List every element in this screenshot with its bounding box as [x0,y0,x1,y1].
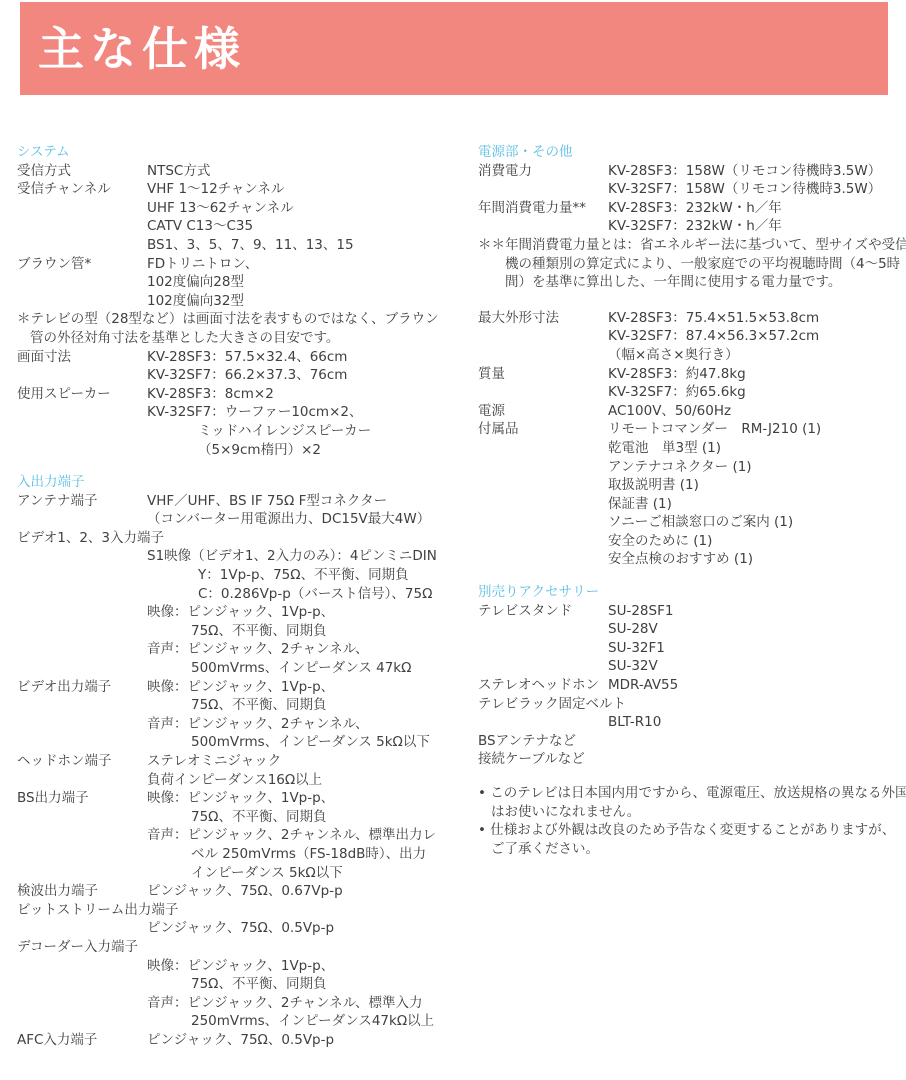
section-heading-power-other: 電源部・その他 [478,143,906,162]
spec-label: ビデオ1、2、3入力端子 [17,529,465,548]
spacer [478,769,906,784]
spec-row: 受信方式NTSC方式 [17,162,465,181]
spec-line: （幅×高さ×奥行き） [478,346,906,365]
spec-row: ヘッドホン端子ステレオミニジャック負荷インピーダンス16Ω以上 [17,752,465,789]
spec-line: BSアンテナなど [478,732,906,751]
spec-line: C：0.286Vp-p（バースト信号）、75Ω [17,585,465,604]
spec-line: （コンバーター用電源出力、DC15V最大4W） [17,510,465,529]
spec-line: BS1、3、5、7、9、11、13、15 [17,236,465,255]
spec-line: KV-32SF7：232kW・h／年 [478,217,906,236]
spec-row: • このテレビは日本国内用ですから、電源電圧、放送規格の異なる外国ではお使いにな… [478,784,906,858]
spec-row: ＊＊年間消費電力量とは：省エネルギー法に基づいて、型サイズや受信機の種類別の算定… [478,236,906,292]
spec-label: ステレオヘッドホン [478,676,599,695]
spec-line: 75Ω、不平衡、同期負 [17,696,465,715]
spec-row: BSアンテナなど [478,732,906,751]
spec-row: 検波出力端子ピンジャック、75Ω、0.67Vp-p [17,882,465,901]
section-heading-optional-accessories: 別売りアクセサリー [478,583,906,602]
spec-label: ビットストリーム出力端子 [17,901,465,920]
spec-line: 映像：ピンジャック、1Vp-p、 [17,603,465,622]
spec-row: 電源AC100V、50/60Hz [478,402,906,421]
spec-label: 受信チャンネル [17,180,111,199]
spec-row: ステレオヘッドホンMDR-AV55 [478,676,906,695]
spec-label: 画面寸法 [17,348,71,367]
spec-line: BLT-R10 [478,713,906,732]
spec-row: ビデオ1、2、3入力端子S1映像（ビデオ1、2入力のみ）：4ピンミニDINY：1… [17,529,465,678]
spec-line: ＊テレビの型（28型など）は画面寸法を表すものではなく、ブラウン [17,310,465,329]
spec-row: 受信チャンネルVHF 1〜12チャンネルUHF 13〜62チャンネルCATV C… [17,180,465,254]
spec-line: 音声：ピンジャック、2チャンネル、標準出力レ [17,826,465,845]
spec-line: 音声：ピンジャック、2チャンネル、 [17,640,465,659]
spec-line: 乾電池 単3型 (1) [478,439,906,458]
spec-line: アンテナコネクター (1) [478,458,906,477]
spec-label: デコーダー入力端子 [17,938,465,957]
spec-line: ご了承ください。 [478,840,906,859]
spec-row: 画面寸法KV-28SF3：57.5×32.4、66cmKV-32SF7：66.2… [17,348,465,385]
spec-label: 検波出力端子 [17,882,98,901]
spec-line: （5×9cm楕円）×2 [17,441,465,460]
spec-line: ＊＊年間消費電力量とは：省エネルギー法に基づいて、型サイズや受信 [478,236,906,255]
spec-line: KV-32SF7：ウーファー10cm×2、 [17,403,465,422]
spec-line: KV-32SF7：158W（リモコン待機時3.5W） [478,180,906,199]
spec-line: SU-32V [478,657,906,676]
spec-label: 質量 [478,365,505,384]
spec-line: UHF 13〜62チャンネル [17,199,465,218]
spec-label: ブラウン管* [17,255,91,274]
spec-line: CATV C13〜C35 [17,217,465,236]
spec-label: ヘッドホン端子 [17,752,112,771]
spec-row: ＊テレビの型（28型など）は画面寸法を表すものではなく、ブラウン管の外径対角寸法… [17,310,465,347]
spec-row: BS出力端子映像：ピンジャック、1Vp-p、75Ω、不平衡、同期負音声：ピンジャ… [17,789,465,882]
spec-line: 機の種類別の算定式により、一般家庭での平均視聴時間（4〜5時 [478,255,906,274]
spec-line: 75Ω、不平衡、同期負 [17,622,465,641]
spec-row: 使用スピーカーKV-28SF3：8cm×2KV-32SF7：ウーファー10cm×… [17,385,465,459]
spacer [478,292,906,309]
spec-line: KV-32SF7：約65.6kg [478,383,906,402]
spec-line: 負荷インピーダンス16Ω以上 [17,771,465,790]
spec-row: AFC入力端子ピンジャック、75Ω、0.5Vp-p [17,1031,465,1050]
section-heading-system: システム [17,143,465,162]
spec-label: 電源 [478,402,505,421]
spec-row: ビットストリーム出力端子ピンジャック、75Ω、0.5Vp-p [17,901,465,938]
spec-line: 音声：ピンジャック、2チャンネル、標準入力 [17,994,465,1013]
spec-label: アンテナ端子 [17,492,97,511]
spec-row: 年間消費電力量**KV-28SF3：232kW・h／年KV-32SF7：232k… [478,199,906,236]
spec-row: 接続ケーブルなど [478,750,906,769]
spec-label: AFC入力端子 [17,1031,97,1050]
spec-line: 接続ケーブルなど [478,750,906,769]
spec-row: ビデオ出力端子映像：ピンジャック、1Vp-p、75Ω、不平衡、同期負音声：ピンジ… [17,678,465,752]
right-column: 電源部・その他消費電力KV-28SF3：158W（リモコン待機時3.5W）KV-… [478,143,906,858]
spec-label: 年間消費電力量** [478,199,586,218]
spec-row: 付属品リモートコマンダー RM-J210 (1)乾電池 単3型 (1)アンテナコ… [478,420,906,569]
spec-line: 音声：ピンジャック、2チャンネル、 [17,715,465,734]
spec-label: 受信方式 [17,162,71,181]
spec-line: ソニーご相談窓口のご案内 (1) [478,513,906,532]
spec-line: 102度偏向28型 [17,273,465,292]
spec-label: BS出力端子 [17,789,89,808]
spec-line: 間）を基準に算出した、一年間に使用する電力量です。 [478,273,906,292]
spec-label: 消費電力 [478,162,532,181]
spec-line: S1映像（ビデオ1、2入力のみ）：4ピンミニDIN [17,547,465,566]
spec-label: テレビスタンド [478,602,572,621]
spec-line: インピーダンス 5kΩ以下 [17,864,465,883]
spec-line: KV-32SF7：87.4×56.3×57.2cm [478,327,906,346]
spec-line: 500mVrms、インピーダンス 47kΩ [17,659,465,678]
spec-line: • このテレビは日本国内用ですから、電源電圧、放送規格の異なる外国で [478,784,906,803]
section-heading-io-terminals: 入出力端子 [17,473,465,492]
spec-row: デコーダー入力端子映像：ピンジャック、1Vp-p、75Ω、不平衡、同期負音声：ピ… [17,938,465,1031]
spec-line: 管の外径対角寸法を基準とした大きさの目安です。 [17,329,465,348]
spec-line: KV-28SF3：57.5×32.4、66cm [17,348,465,367]
spec-row: 消費電力KV-28SF3：158W（リモコン待機時3.5W）KV-32SF7：1… [478,162,906,199]
spec-line: KV-32SF7：66.2×37.3、76cm [17,366,465,385]
spec-row: テレビラック固定ベルトBLT-R10 [478,695,906,732]
spec-row: ブラウン管*FDトリニトロン、102度偏向28型102度偏向32型 [17,255,465,311]
spec-line: NTSC方式 [17,162,465,181]
spec-line: Y：1Vp-p、75Ω、不平衡、同期負 [17,566,465,585]
spec-label: テレビラック固定ベルト [478,695,906,714]
spec-line: 75Ω、不平衡、同期負 [17,975,465,994]
spec-line: • 仕様および外観は改良のため予告なく変更することがありますが、 [478,821,906,840]
page-title: 主な仕様 [20,2,888,72]
spec-line: 75Ω、不平衡、同期負 [17,808,465,827]
spec-line: 安全のために (1) [478,532,906,551]
spec-label: ビデオ出力端子 [17,678,111,697]
spec-label: 付属品 [478,420,519,439]
spec-line: 映像：ピンジャック、1Vp-p、 [17,957,465,976]
spec-line: 250mVrms、インピーダンス47kΩ以上 [17,1012,465,1031]
spec-line: リモートコマンダー RM-J210 (1) [478,420,906,439]
spec-label: 最大外形寸法 [478,309,559,328]
spec-label: 使用スピーカー [17,385,111,404]
spec-line: SU-28V [478,620,906,639]
spec-line: 安全点検のおすすめ (1) [478,550,906,569]
spec-row: 最大外形寸法KV-28SF3：75.4×51.5×53.8cmKV-32SF7：… [478,309,906,365]
spec-line: 102度偏向32型 [17,292,465,311]
spec-row: テレビスタンドSU-28SF1SU-28VSU-32F1SU-32V [478,602,906,676]
spec-row: アンテナ端子VHF／UHF、BS IF 75Ω F型コネクター（コンバーター用電… [17,492,465,529]
spec-row: 質量KV-28SF3：約47.8kgKV-32SF7：約65.6kg [478,365,906,402]
spec-line: ピンジャック、75Ω、0.5Vp-p [17,919,465,938]
spec-line: 取扱説明書 (1) [478,476,906,495]
spec-line: 保証書 (1) [478,495,906,514]
spec-line: 500mVrms、インピーダンス 5kΩ以下 [17,733,465,752]
spec-line: SU-32F1 [478,639,906,658]
spec-line: ミッドハイレンジスピーカー [17,422,465,441]
left-column: システム受信方式NTSC方式受信チャンネルVHF 1〜12チャンネルUHF 13… [17,143,465,1050]
spec-line: KV-28SF3：約47.8kg [478,365,906,384]
spec-line: ベル 250mVrms（FS-18dB時）、出力 [17,845,465,864]
page-title-banner: 主な仕様 [20,2,888,95]
spec-line: はお使いになれません。 [478,803,906,822]
spec-line: KV-28SF3：158W（リモコン待機時3.5W） [478,162,906,181]
spec-line: AC100V、50/60Hz [478,402,906,421]
